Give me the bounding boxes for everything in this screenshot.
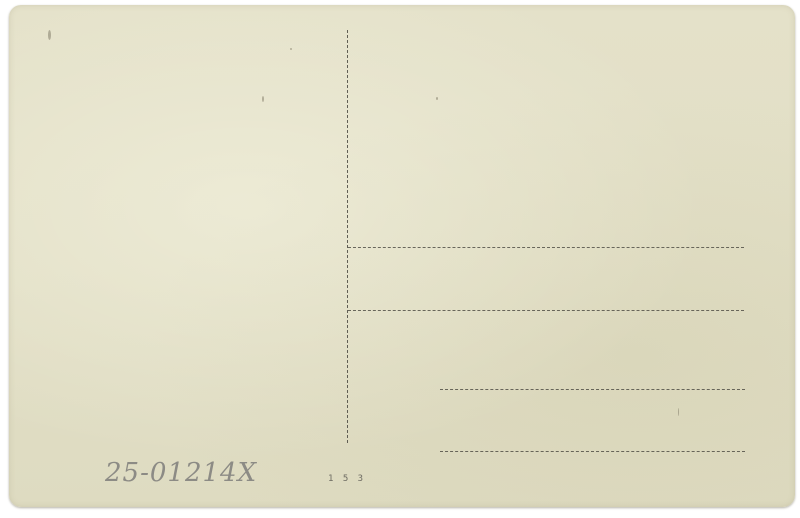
address-line-3 (440, 389, 745, 390)
printed-code: 1 5 3 (328, 474, 365, 484)
paper-speck (262, 96, 264, 102)
paper-speck (48, 30, 51, 40)
address-line-2 (348, 310, 744, 311)
paper-speck (290, 48, 292, 50)
address-line-4 (440, 451, 745, 452)
handwritten-pencil-note: 25-01214X (105, 458, 257, 488)
address-line-1 (348, 247, 744, 248)
paper-speck (678, 408, 679, 416)
center-divider-line (347, 30, 348, 443)
postcard-back (9, 5, 795, 507)
paper-speck (436, 97, 438, 100)
